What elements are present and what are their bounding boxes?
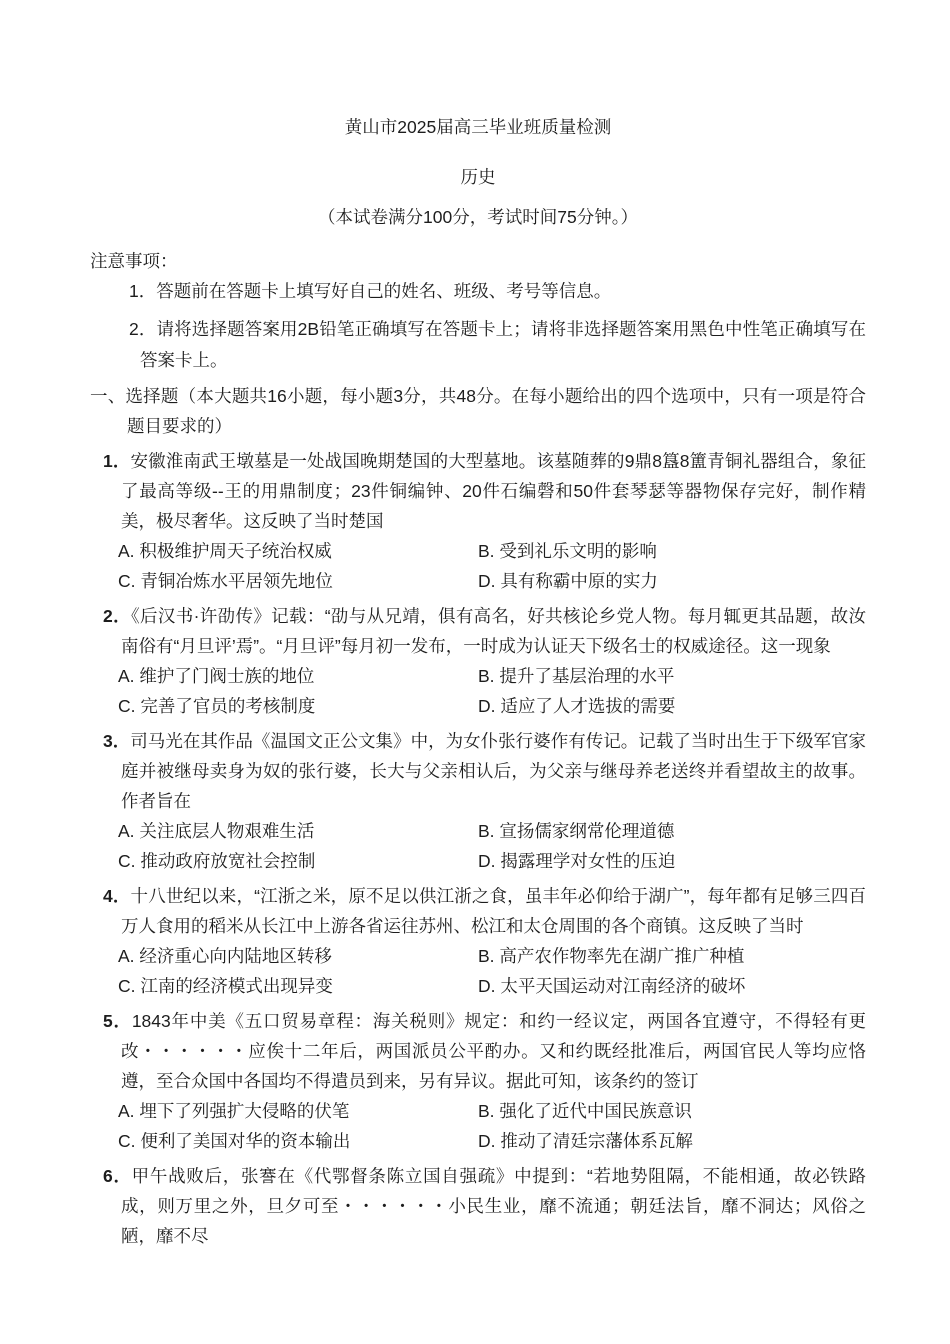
question-stem: 安徽淮南武王墩墓是一处战国晚期楚国的大型墓地。该墓随葬的9鼎8簋8簠青铜礼器组合…	[121, 451, 866, 531]
question: 2．《后汉书·许劭传》记载：“劭与从兄靖，俱有高名，好共核论乡党人物。每月辄更其…	[103, 601, 866, 721]
options-row: C. 便利了美国对华的资本输出 D. 推动了清廷宗藩体系瓦解	[118, 1126, 866, 1156]
exam-paper-page: 黄山市2025届高三毕业班质量检测 历史 （本试卷满分100分，考试时间75分钟…	[0, 0, 950, 1344]
option: D. 揭露理学对女性的压迫	[478, 846, 675, 876]
section-heading: 一、选择题（本大题共16小题，每小题3分，共48分。在每小题给出的四个选项中，只…	[90, 381, 866, 441]
document-header: 黄山市2025届高三毕业班质量检测 历史 （本试卷满分100分，考试时间75分钟…	[90, 112, 866, 232]
options-row: C. 青铜冶炼水平居领先地位 D. 具有称霸中原的实力	[118, 566, 866, 596]
question-body: 3．司马光在其作品《温国文正公文集》中，为女仆张行婆作有传记。记载了当时出生于下…	[103, 726, 866, 816]
question-number: 6．	[103, 1166, 132, 1186]
option: A. 积极维护周天子统治权威	[118, 536, 478, 566]
options-row: C. 推动政府放宽社会控制 D. 揭露理学对女性的压迫	[118, 846, 866, 876]
question-number: 3．	[103, 731, 130, 751]
question-options: A. 关注底层人物艰难生活 B. 宣扬儒家纲常伦理道德 C. 推动政府放宽社会控…	[118, 816, 866, 876]
option: C. 便利了美国对华的资本输出	[118, 1126, 478, 1156]
option: D. 推动了清廷宗藩体系瓦解	[478, 1126, 693, 1156]
options-row: C. 江南的经济模式出现异变 D. 太平天国运动对江南经济的破坏	[118, 971, 866, 1001]
question-stem: 甲午战败后，张謇在《代鄂督条陈立国自强疏》中提到：“若地势阻隔，不能相通，故必铁…	[121, 1166, 866, 1246]
question: 1．安徽淮南武王墩墓是一处战国晚期楚国的大型墓地。该墓随葬的9鼎8簋8簠青铜礼器…	[103, 446, 866, 596]
option: A. 埋下了列强扩大侵略的伏笔	[118, 1096, 478, 1126]
option: C. 青铜冶炼水平居领先地位	[118, 566, 478, 596]
option: B. 高产农作物率先在湖广推广种植	[478, 941, 744, 971]
question-body: 1．安徽淮南武王墩墓是一处战国晚期楚国的大型墓地。该墓随葬的9鼎8簋8簠青铜礼器…	[103, 446, 866, 536]
question-body: 4．十八世纪以来，“江浙之米，原不足以供江浙之食，虽丰年必仰给于湖广”，每年都有…	[103, 881, 866, 941]
question-body: 2．《后汉书·许劭传》记载：“劭与从兄靖，俱有高名，好共核论乡党人物。每月辄更其…	[103, 601, 866, 661]
question: 5．1843年中美《五口贸易章程：海关税则》规定：和约一经议定，两国各宜遵守，不…	[103, 1006, 866, 1156]
options-row: A. 积极维护周天子统治权威 B. 受到礼乐文明的影响	[118, 536, 866, 566]
option: C. 推动政府放宽社会控制	[118, 846, 478, 876]
option: C. 完善了官员的考核制度	[118, 691, 478, 721]
exam-subject: 历史	[90, 162, 866, 192]
option: D. 太平天国运动对江南经济的破坏	[478, 971, 745, 1001]
question-stem: 十八世纪以来，“江浙之米，原不足以供江浙之食，虽丰年必仰给于湖广”，每年都有足够…	[121, 886, 866, 936]
option: B. 受到礼乐文明的影响	[478, 536, 657, 566]
notice-item: 2．请将选择题答案用2B铅笔正确填写在答题卡上；请将非选择题答案用黑色中性笔正确…	[129, 314, 866, 376]
option: A. 经济重心向内陆地区转移	[118, 941, 478, 971]
exam-title: 黄山市2025届高三毕业班质量检测	[90, 112, 866, 142]
options-row: A. 埋下了列强扩大侵略的伏笔 B. 强化了近代中国民族意识	[118, 1096, 866, 1126]
option: B. 提升了基层治理的水平	[478, 661, 674, 691]
option: D. 具有称霸中原的实力	[478, 566, 658, 596]
notice-item: 1．答题前在答题卡上填写好自己的姓名、班级、考号等信息。	[129, 276, 866, 307]
question-body: 5．1843年中美《五口贸易章程：海关税则》规定：和约一经议定，两国各宜遵守，不…	[103, 1006, 866, 1096]
notice-section: 注意事项： 1．答题前在答题卡上填写好自己的姓名、班级、考号等信息。 2．请将选…	[90, 246, 866, 376]
question-options: A. 经济重心向内陆地区转移 B. 高产农作物率先在湖广推广种植 C. 江南的经…	[118, 941, 866, 1001]
question-stem: 《后汉书·许劭传》记载：“劭与从兄靖，俱有高名，好共核论乡党人物。每月辄更其品题…	[121, 606, 866, 656]
option: D. 适应了人才选拔的需要	[478, 691, 675, 721]
question: 3．司马光在其作品《温国文正公文集》中，为女仆张行婆作有传记。记载了当时出生于下…	[103, 726, 866, 876]
notice-heading: 注意事项：	[90, 246, 866, 276]
options-row: C. 完善了官员的考核制度 D. 适应了人才选拔的需要	[118, 691, 866, 721]
question: 4．十八世纪以来，“江浙之米，原不足以供江浙之食，虽丰年必仰给于湖广”，每年都有…	[103, 881, 866, 1001]
options-row: A. 经济重心向内陆地区转移 B. 高产农作物率先在湖广推广种植	[118, 941, 866, 971]
question-number: 5．	[103, 1011, 132, 1031]
question-options: A. 埋下了列强扩大侵略的伏笔 B. 强化了近代中国民族意识 C. 便利了美国对…	[118, 1096, 866, 1156]
question-stem: 1843年中美《五口贸易章程：海关税则》规定：和约一经议定，两国各宜遵守，不得轻…	[121, 1011, 866, 1091]
questions: 1．安徽淮南武王墩墓是一处战国晚期楚国的大型墓地。该墓随葬的9鼎8簋8簠青铜礼器…	[90, 446, 866, 1251]
option: C. 江南的经济模式出现异变	[118, 971, 478, 1001]
option: B. 宣扬儒家纲常伦理道德	[478, 816, 674, 846]
question-options: A. 维护了门阀士族的地位 B. 提升了基层治理的水平 C. 完善了官员的考核制…	[118, 661, 866, 721]
option: B. 强化了近代中国民族意识	[478, 1096, 692, 1126]
question-number: 4．	[103, 886, 131, 906]
question-number: 2．	[103, 606, 131, 626]
question-stem: 司马光在其作品《温国文正公文集》中，为女仆张行婆作有传记。记载了当时出生于下级军…	[121, 731, 866, 811]
question: 6．甲午战败后，张謇在《代鄂督条陈立国自强疏》中提到：“若地势阻隔，不能相通，故…	[103, 1161, 866, 1251]
question-body: 6．甲午战败后，张謇在《代鄂督条陈立国自强疏》中提到：“若地势阻隔，不能相通，故…	[103, 1161, 866, 1251]
question-options: A. 积极维护周天子统治权威 B. 受到礼乐文明的影响 C. 青铜冶炼水平居领先…	[118, 536, 866, 596]
option: A. 关注底层人物艰难生活	[118, 816, 478, 846]
question-number: 1．	[103, 451, 131, 471]
options-row: A. 关注底层人物艰难生活 B. 宣扬儒家纲常伦理道德	[118, 816, 866, 846]
option: A. 维护了门阀士族的地位	[118, 661, 478, 691]
exam-info: （本试卷满分100分，考试时间75分钟。）	[90, 202, 866, 232]
options-row: A. 维护了门阀士族的地位 B. 提升了基层治理的水平	[118, 661, 866, 691]
